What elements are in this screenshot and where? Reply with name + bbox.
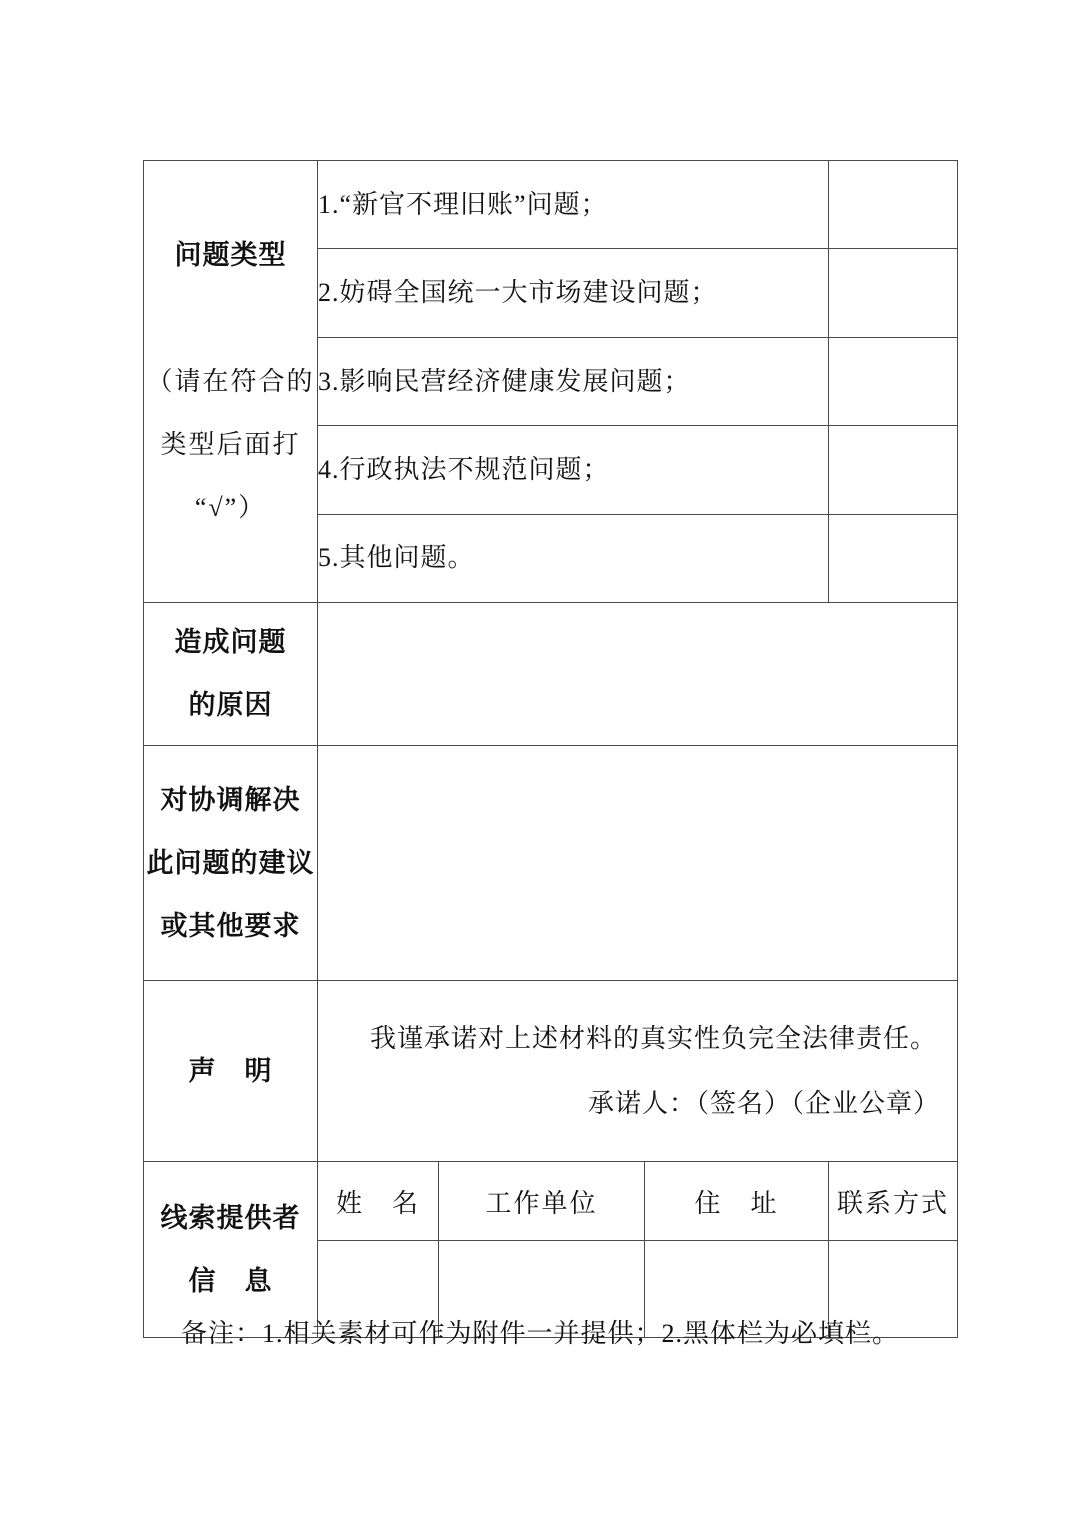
suggestion-row: 对协调解决 此问题的建议 或其他要求 <box>144 746 958 981</box>
provider-header-address: 住 址 <box>645 1162 829 1241</box>
check-cell-3[interactable] <box>829 337 958 425</box>
option-text-3: 3.影响民营经济健康发展问题； <box>318 337 829 425</box>
suggestion-label: 对协调解决 此问题的建议 或其他要求 <box>144 746 318 981</box>
option-text-2: 2.妨碍全国统一大市场建设问题； <box>318 249 829 337</box>
provider-header-name: 姓 名 <box>318 1162 439 1241</box>
problem-type-label-cell: 问题类型 （请在符合的 类型后面打 “√”） <box>144 161 318 603</box>
cause-label: 造成问题 的原因 <box>144 603 318 746</box>
check-cell-1[interactable] <box>829 161 958 249</box>
provider-header-row: 线索提供者 信 息 姓 名 工作单位 住 址 联系方式 <box>144 1162 958 1241</box>
cause-row: 造成问题 的原因 <box>144 603 958 746</box>
provider-header-contact: 联系方式 <box>829 1162 958 1241</box>
provider-label: 线索提供者 信 息 <box>144 1162 318 1338</box>
option-row-1: 问题类型 （请在符合的 类型后面打 “√”） 1.“新官不理旧账”问题； <box>144 161 958 249</box>
declaration-cell: 我谨承诺对上述材料的真实性负完全法律责任。 承诺人：（签名）（企业公章） <box>318 981 958 1162</box>
check-cell-5[interactable] <box>829 514 958 602</box>
option-text-4: 4.行政执法不规范问题； <box>318 426 829 514</box>
check-cell-2[interactable] <box>829 249 958 337</box>
problem-type-note: （请在符合的 类型后面打 “√”） <box>144 350 317 539</box>
check-cell-4[interactable] <box>829 426 958 514</box>
declaration-row: 声 明 我谨承诺对上述材料的真实性负完全法律责任。 承诺人：（签名）（企业公章） <box>144 981 958 1162</box>
complaint-form-table: 问题类型 （请在符合的 类型后面打 “√”） 1.“新官不理旧账”问题； 2.妨… <box>143 160 958 1338</box>
declaration-signature-line: 承诺人：（签名）（企业公章） <box>318 1071 957 1136</box>
declaration-statement: 我谨承诺对上述材料的真实性负完全法律责任。 <box>318 1006 957 1071</box>
problem-type-title: 问题类型 <box>144 224 317 287</box>
footer-note: 备注：1.相关素材可作为附件一并提供；2.黑体栏为必填栏。 <box>181 1318 899 1350</box>
page-root: 问题类型 （请在符合的 类型后面打 “√”） 1.“新官不理旧账”问题； 2.妨… <box>0 0 1074 1520</box>
provider-header-employer: 工作单位 <box>439 1162 645 1241</box>
suggestion-input-cell[interactable] <box>318 746 958 981</box>
option-text-1: 1.“新官不理旧账”问题； <box>318 161 829 249</box>
declaration-label: 声 明 <box>144 981 318 1162</box>
option-text-5: 5.其他问题。 <box>318 514 829 602</box>
cause-input-cell[interactable] <box>318 603 958 746</box>
